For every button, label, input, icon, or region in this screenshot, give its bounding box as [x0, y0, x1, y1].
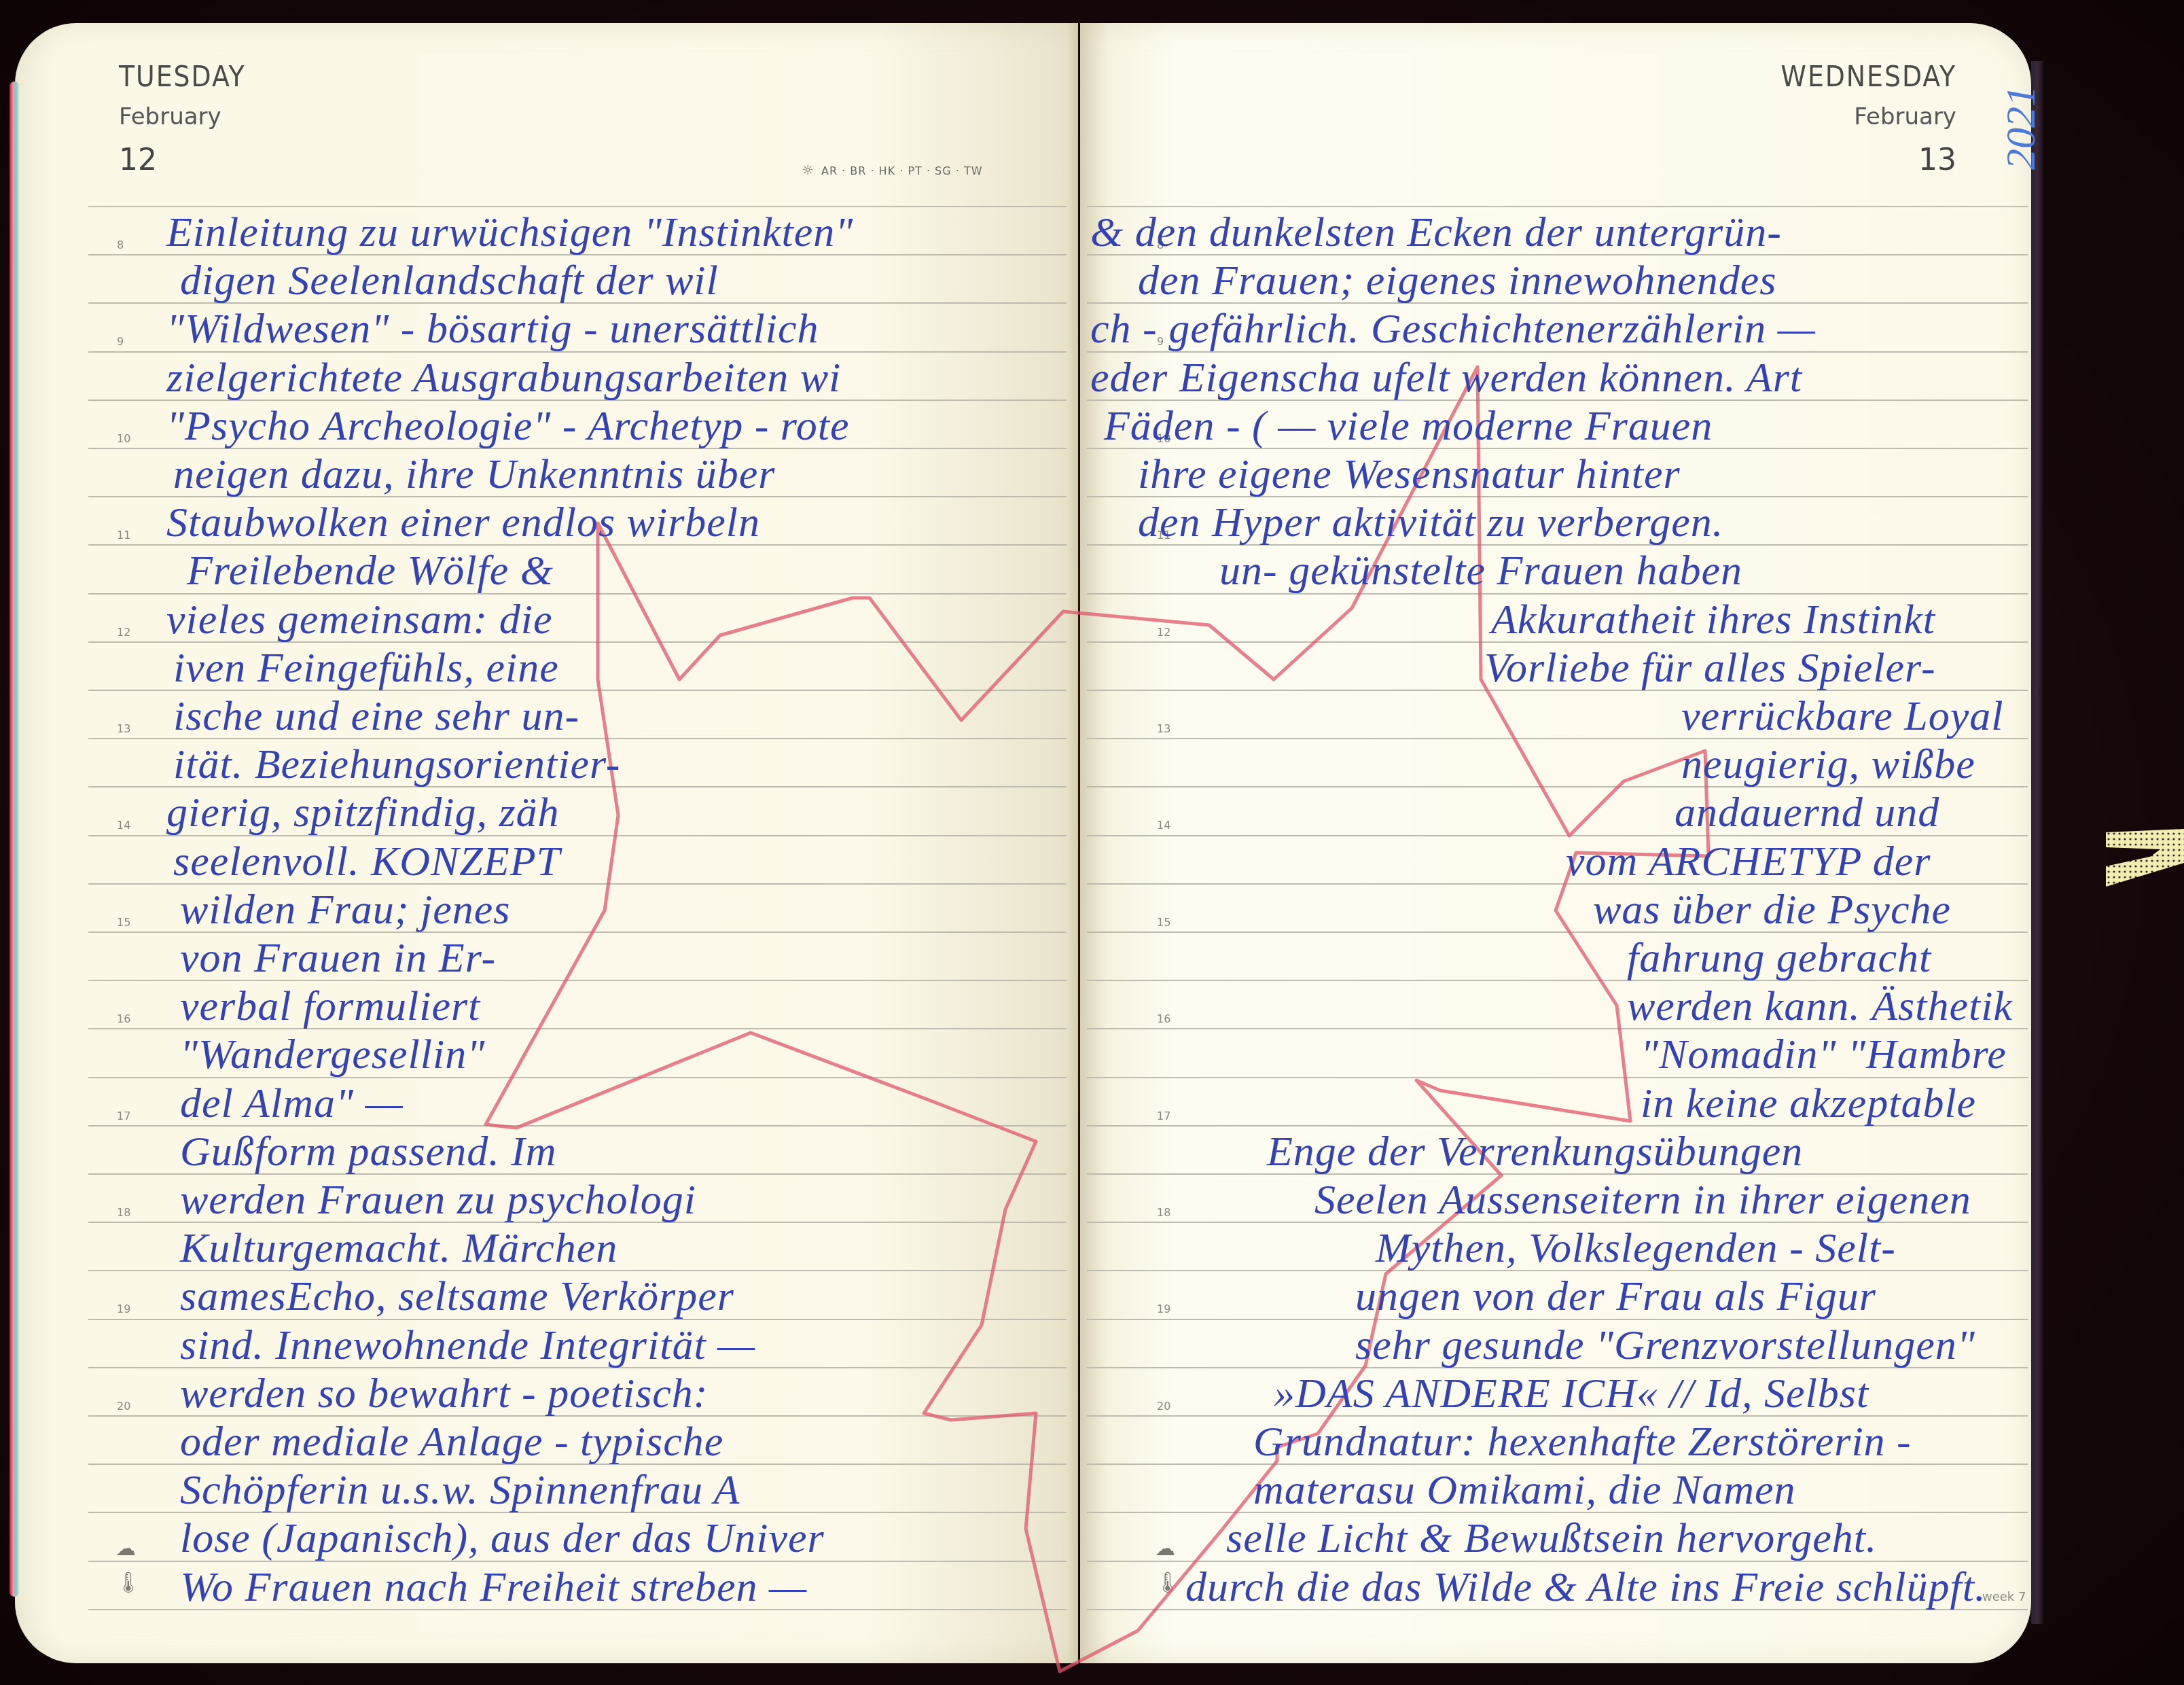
- handwritten-line: Schöpferin u.s.w. Spinnenfrau A: [180, 1466, 740, 1514]
- hour-label: 20: [1157, 1400, 1170, 1413]
- handwritten-line: zielgerichtete Ausgrabungsarbeiten wi: [166, 354, 841, 402]
- weather-cloud-sun-icon: ☁: [115, 1537, 136, 1561]
- hour-label: 16: [1157, 1012, 1170, 1025]
- handwritten-line: fahrung gebracht: [1627, 934, 1931, 982]
- handwritten-line: den Hyper aktivität zu verbergen.: [1138, 499, 1723, 547]
- hour-label: 15: [1157, 916, 1170, 929]
- handwritten-line: ch - gefährlich. Geschichtenerzählerin —: [1090, 305, 1816, 353]
- handwritten-line: Staubwolken einer endlos wirbeln: [166, 499, 760, 547]
- hour-label: 16: [117, 1012, 130, 1025]
- handwritten-line: & den dunkelsten Ecken der untergrün-: [1090, 209, 1782, 257]
- hour-label: 13: [117, 722, 130, 735]
- handwritten-line: selle Licht & Bewußtsein hervorgeht.: [1226, 1514, 1877, 1563]
- handwritten-line: Akkuratheit ihres Instinkt: [1491, 596, 1935, 644]
- handwritten-line: neigen dazu, ihre Unkenntnis über: [173, 450, 776, 499]
- handwritten-line: werden Frauen zu psychologi: [180, 1176, 696, 1224]
- ruled-line: [1087, 206, 2028, 207]
- handwritten-line: andauernd und: [1675, 789, 1939, 837]
- handwritten-line: del Alma" —: [180, 1080, 404, 1128]
- handwritten-line: Grundnatur: hexenhafte Zerstörerin -: [1253, 1418, 1912, 1466]
- handwritten-line: lose (Japanisch), aus der das Univer: [180, 1514, 825, 1563]
- handwritten-line: ität. Beziehungsorientier-: [173, 741, 620, 789]
- handwritten-line: Gußform passend. Im: [180, 1128, 557, 1176]
- handwritten-line: Fäden - ( — viele moderne Frauen: [1104, 402, 1713, 450]
- right-day-label: WEDNESDAY: [1781, 60, 1956, 93]
- hour-label: 14: [1157, 819, 1170, 832]
- hour-label: 19: [1157, 1302, 1170, 1315]
- hour-label: 8: [117, 238, 124, 251]
- handwritten-line: sind. Innewohnende Integrität —: [180, 1322, 755, 1370]
- bookmark-ribbon[interactable]: [2106, 826, 2184, 887]
- handwritten-line: un- gekünstelte Frauen haben: [1219, 547, 1742, 595]
- hour-label: 17: [117, 1110, 130, 1122]
- page-edges: [10, 82, 19, 1597]
- handwritten-line: eder Eigenscha ufelt werden können. Art: [1090, 354, 1802, 402]
- handwritten-line: werden so bewahrt - poetisch:: [180, 1370, 708, 1418]
- handwritten-line: in keine akzeptable: [1641, 1080, 1976, 1128]
- left-day-label: TUESDAY: [119, 60, 246, 93]
- cover-edge: [2031, 61, 2043, 1624]
- week-label: week 7: [1982, 1590, 2026, 1604]
- handwritten-line: "Psycho Archeologie" - Archetyp - rote: [166, 402, 849, 450]
- handwritten-year: 2021: [1997, 86, 2045, 170]
- left-month-label: February: [119, 103, 221, 130]
- handwritten-line: Freilebende Wölfe &: [187, 547, 554, 595]
- handwritten-line: vieles gemeinsam: die: [166, 596, 552, 644]
- handwritten-line: Wo Frauen nach Freiheit streben —: [180, 1563, 807, 1612]
- handwritten-line: werden kann. Ästhetik: [1627, 982, 2013, 1031]
- handwritten-line: ische und eine sehr un-: [173, 692, 579, 741]
- thermometer-icon: 🌡: [115, 1571, 141, 1595]
- handwritten-line: verbal formuliert: [180, 982, 480, 1031]
- handwritten-line: "Nomadin" "Hambre: [1641, 1031, 2007, 1079]
- weather-cloud-sun-icon: ☁: [1155, 1537, 1175, 1561]
- hour-label: 12: [1157, 626, 1170, 639]
- right-month-label: February: [1854, 103, 1956, 130]
- handwritten-line: ihre eigene Wesensnatur hinter: [1138, 450, 1681, 499]
- hour-label: 11: [117, 529, 130, 542]
- hour-label: 10: [117, 432, 130, 445]
- handwritten-line: Kulturgemacht. Märchen: [180, 1224, 617, 1273]
- handwritten-line: iven Feingefühls, eine: [173, 644, 559, 692]
- left-date-label: 12: [119, 143, 157, 177]
- handwritten-line: wilden Frau; jenes: [180, 886, 510, 934]
- handwritten-line: oder mediale Anlage - typische: [180, 1418, 723, 1466]
- handwritten-line: samesEcho, seltsame Verkörper: [180, 1273, 734, 1321]
- handwritten-line: Enge der Verrenkungsübungen: [1267, 1128, 1803, 1176]
- ruled-line: [88, 206, 1067, 207]
- hour-label: 17: [1157, 1110, 1170, 1122]
- hour-label: 12: [117, 626, 130, 639]
- handwritten-line: Einleitung zu urwüchsigen "Instinkten": [166, 209, 853, 257]
- handwritten-line: "Wandergesellin": [180, 1031, 485, 1079]
- handwritten-line: neugierig, wißbe: [1681, 741, 1975, 789]
- handwritten-line: sehr gesunde "Grenzvorstellungen": [1355, 1322, 1975, 1370]
- holiday-info: ☼AR · BR · HK · PT · SG · TW: [802, 162, 982, 178]
- handwritten-line: vom ARCHETYP der: [1566, 838, 1931, 886]
- hour-label: 20: [117, 1400, 130, 1413]
- handwritten-line: verrückbare Loyal: [1681, 692, 2003, 741]
- handwritten-line: was über die Psyche: [1593, 886, 1951, 934]
- right-date-label: 13: [1918, 143, 1956, 177]
- handwritten-line: ungen von der Frau als Figur: [1355, 1273, 1876, 1321]
- sun-icon: ☼: [802, 162, 814, 178]
- hour-label: 15: [117, 916, 130, 929]
- handwritten-line: von Frauen in Er-: [180, 934, 496, 982]
- hour-label: 13: [1157, 722, 1170, 735]
- hour-label: 18: [117, 1206, 130, 1219]
- handwritten-line: "Wildwesen" - bösartig - unersättlich: [166, 305, 819, 353]
- handwritten-line: gierig, spitzfindig, zäh: [166, 789, 560, 837]
- hour-label: 14: [117, 819, 130, 832]
- holiday-countries: AR · BR · HK · PT · SG · TW: [821, 164, 983, 177]
- handwritten-line: Vorliebe für alles Spieler-: [1484, 644, 1936, 692]
- handwritten-line: seelenvoll. KONZEPT: [173, 838, 560, 886]
- hour-label: 19: [117, 1302, 130, 1315]
- handwritten-line: »DAS ANDERE ICH« // Id, Selbst: [1274, 1370, 1869, 1418]
- handwritten-line: durch die das Wilde & Alte ins Freie sch…: [1185, 1563, 1986, 1612]
- hour-label: 18: [1157, 1206, 1170, 1219]
- thermometer-icon: 🌡: [1155, 1571, 1181, 1595]
- handwritten-line: materasu Omikami, die Namen: [1253, 1466, 1795, 1514]
- handwritten-line: den Frauen; eigenes innewohnendes: [1138, 257, 1776, 305]
- handwritten-line: Seelen Aussenseitern in ihrer eigenen: [1314, 1176, 1971, 1224]
- hour-label: 9: [117, 335, 124, 348]
- handwritten-line: digen Seelenlandschaft der wil: [180, 257, 719, 305]
- handwritten-line: Mythen, Volkslegenden - Selt-: [1376, 1224, 1896, 1273]
